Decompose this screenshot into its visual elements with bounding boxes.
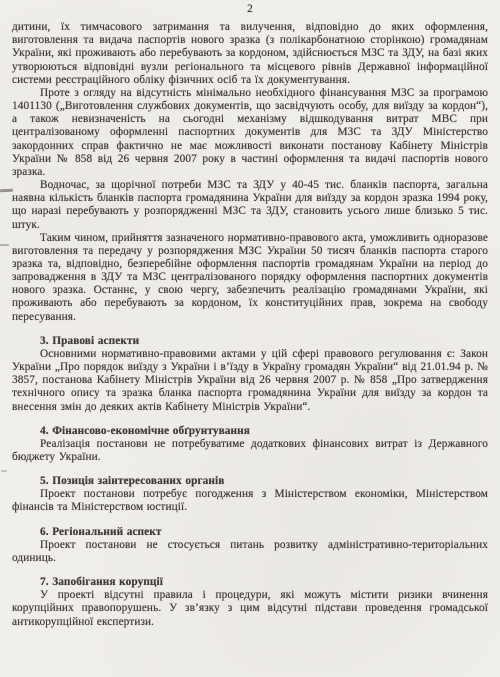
page-number: 2 — [12, 3, 488, 16]
section-paragraph: У проекті відсутні правила і процедури, … — [12, 589, 488, 628]
section-paragraph: Проект постанови не стосується питань ро… — [12, 539, 488, 565]
scan-artifact — [1, 470, 7, 472]
section-heading-financial-justification: 4. Фінансово-економічне обґрунтування — [12, 425, 488, 438]
paragraph: Проте з огляду на відсутність мінімально… — [12, 87, 488, 179]
scan-artifact — [0, 189, 13, 192]
section-heading-legal-aspects: 3. Правові аспекти — [12, 335, 488, 348]
scanned-document-page: 2 дитини, їх тимчасового затримання та в… — [0, 0, 500, 677]
section-paragraph: Реалізація постанови не потребуватиме до… — [12, 438, 488, 464]
section-paragraph: Основними нормативно-правовими актами у … — [12, 348, 488, 414]
paragraph: Водночас, за щорічної потреби МЗС та ЗДУ… — [12, 179, 488, 232]
scan-artifact — [0, 244, 9, 246]
paragraph: Таким чином, прийняття зазначеного норма… — [12, 232, 488, 324]
section-heading-regional-aspect: 6. Регіональний аспект — [12, 526, 488, 539]
section-paragraph: Проект постанови потребує погодження з М… — [12, 488, 488, 514]
paragraph-continuation: дитини, їх тимчасового затримання та вил… — [12, 21, 488, 87]
section-heading-corruption-prevention: 7. Запобігання корупції — [12, 576, 488, 589]
section-heading-interested-bodies-position: 5. Позиція заінтересованих органів — [12, 475, 488, 488]
